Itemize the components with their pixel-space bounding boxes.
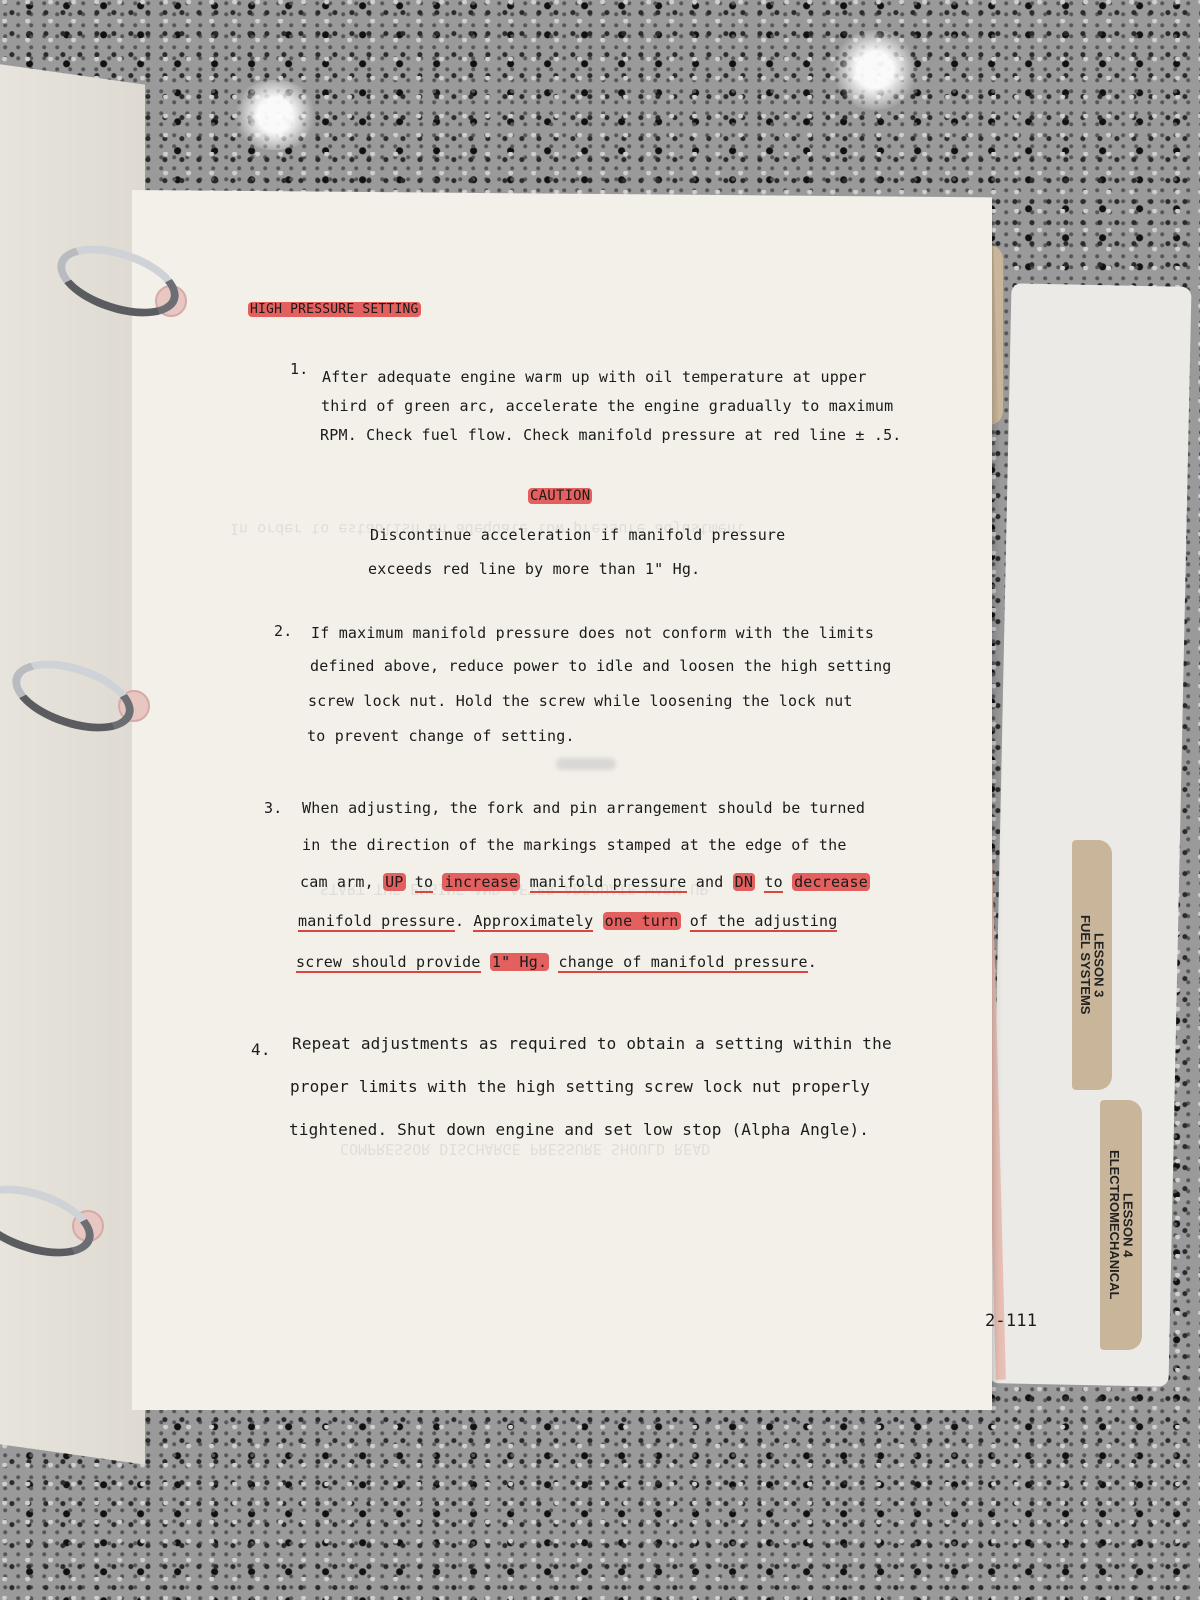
step-line: proper limits with the high setting scre… [290,1077,870,1096]
highlight-1-inch-hg: 1" Hg. [490,953,549,971]
step-line: screw lock nut. Hold the screw while loo… [308,692,853,710]
section-heading: HIGH PRESSURE SETTING [248,302,421,317]
step-line: If maximum manifold pressure does not co… [311,624,874,642]
page-number: 2-111 [985,1311,1037,1331]
step-line: defined above, reduce power to idle and … [310,657,892,675]
step-line: to prevent change of setting. [307,727,575,745]
divider-tab-lesson-3[interactable]: LESSON 3FUEL SYSTEMS [1072,840,1112,1090]
highlight-one-turn: one turn [603,912,681,930]
step-line: When adjusting, the fork and pin arrange… [302,799,865,817]
highlight-decrease: decrease [792,873,870,891]
step-line: After adequate engine warm up with oil t… [322,368,867,386]
show-through-text: COMPRESSOR DISCHARGE PRESSURE SHOULD REA… [340,1140,710,1158]
step-line: tightened. Shut down engine and set low … [289,1120,869,1139]
step-number: 4. [251,1040,271,1059]
step-line: RPM. Check fuel flow. Check manifold pre… [320,426,902,444]
caution-line: Discontinue acceleration if manifold pre… [370,526,785,544]
caution-label: CAUTION [528,488,592,504]
step-number: 2. [274,622,292,640]
step-line: Repeat adjustments as required to obtain… [292,1034,892,1053]
highlight-increase: increase [442,873,520,891]
highlight-dn: DN [733,873,755,891]
caution-line: exceeds red line by more than 1" Hg. [368,560,700,578]
step-number: 3. [264,799,282,817]
binder-back-cover [989,283,1192,1387]
step-line: cam arm, UP to increase manifold pressur… [300,873,870,891]
step-line: in the direction of the markings stamped… [302,836,847,854]
tab-label: LESSON 4ELECTROMECHANICAL [1107,1150,1134,1300]
step-line: screw should provide 1" Hg. change of ma… [296,953,817,971]
light-glare [230,80,320,150]
smudge-mark [556,758,616,770]
tab-label: LESSON 3FUEL SYSTEMS [1078,915,1105,1014]
step-line: third of green arc, accelerate the engin… [321,397,893,415]
light-glare [830,30,920,110]
highlight-up: UP [383,873,405,891]
step-number: 1. [290,360,308,378]
step-line: manifold pressure. Approximately one tur… [298,912,837,930]
divider-tab-lesson-4[interactable]: LESSON 4ELECTROMECHANICAL [1100,1100,1142,1350]
